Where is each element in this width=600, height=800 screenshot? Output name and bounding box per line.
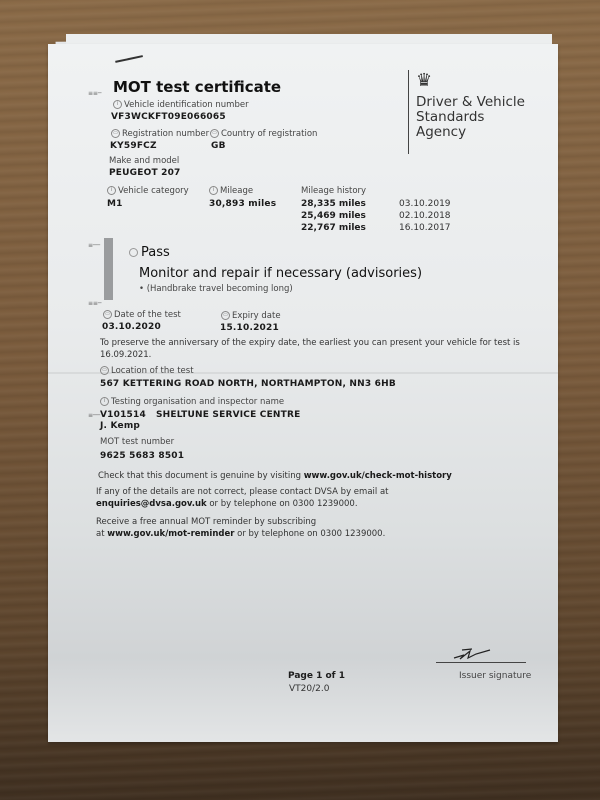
page-number: Page 1 of 1 bbox=[288, 671, 345, 681]
flag-icon: ▭ bbox=[210, 129, 219, 138]
category-label: iVehicle category bbox=[107, 186, 189, 196]
preserve-date: 16.09.2021. bbox=[100, 350, 151, 360]
royal-crest-icon: ♛ bbox=[416, 70, 438, 92]
margin-marks: ≡ ≡ ─ bbox=[88, 300, 100, 307]
test-date-label: ▭Date of the test bbox=[103, 310, 181, 320]
mileage-value: 30,893 miles bbox=[209, 199, 276, 209]
make-model-value: PEUGEOT 207 bbox=[109, 168, 181, 178]
testing-org-label: iTesting organisation and inspector name bbox=[100, 397, 284, 407]
mileage-label: iMileage bbox=[209, 186, 253, 196]
margin-marks: ≡ ─ ─ bbox=[88, 242, 99, 249]
preserve-note: To preserve the anniversary of the expir… bbox=[100, 338, 520, 348]
document-title: MOT test certificate bbox=[113, 78, 281, 96]
form-code: VT20/2.0 bbox=[289, 684, 329, 694]
car-icon: ▭ bbox=[111, 129, 120, 138]
calendar-icon: ▭ bbox=[221, 311, 230, 320]
result-bar bbox=[104, 238, 113, 300]
mileage-history-row: 28,335 miles03.10.2019 bbox=[301, 199, 451, 209]
contact-email-link[interactable]: enquiries@dvsa.gov.uk bbox=[96, 499, 207, 509]
signature-line bbox=[436, 662, 526, 663]
country-label: ▭Country of registration bbox=[210, 129, 317, 139]
check-genuine-note: Check that this document is genuine by v… bbox=[98, 471, 452, 481]
advisory-item: • (Handbrake travel becoming long) bbox=[139, 284, 293, 294]
info-icon: i bbox=[100, 397, 109, 406]
reminder-note-line2: at www.gov.uk/mot-reminder or by telepho… bbox=[96, 529, 385, 539]
mot-reminder-link[interactable]: www.gov.uk/mot-reminder bbox=[107, 529, 234, 539]
contact-note-line1: If any of the details are not correct, p… bbox=[96, 487, 389, 497]
reminder-note-line1: Receive a free annual MOT reminder by su… bbox=[96, 517, 316, 527]
logo-divider bbox=[408, 70, 409, 154]
expiry-value: 15.10.2021 bbox=[220, 323, 279, 333]
mileage-history-label: Mileage history bbox=[301, 186, 366, 196]
vin-value: VF3WCKFT09E066065 bbox=[111, 112, 226, 122]
calendar-icon: ▭ bbox=[103, 310, 112, 319]
issuer-signature bbox=[452, 646, 492, 662]
info-icon: i bbox=[113, 100, 122, 109]
registration-label: ▭Registration number bbox=[111, 129, 209, 139]
testing-org-value: V101514 SHELTUNE SERVICE CENTRE bbox=[100, 410, 300, 420]
check-mot-history-link[interactable]: www.gov.uk/check-mot-history bbox=[304, 471, 452, 481]
contact-note-line2: enquiries@dvsa.gov.uk or by telephone on… bbox=[96, 499, 358, 509]
location-label: ▭Location of the test bbox=[100, 366, 194, 376]
issuer-signature-label: Issuer signature bbox=[459, 671, 531, 681]
registration-value: KY59FCZ bbox=[110, 141, 157, 151]
category-value: M1 bbox=[107, 199, 123, 209]
info-icon: i bbox=[107, 186, 116, 195]
margin-marks: ≡ ≡ ─ bbox=[88, 90, 100, 97]
test-number-value: 9625 5683 8501 bbox=[100, 451, 184, 461]
pen-mark bbox=[115, 55, 143, 62]
make-model-label: Make and model bbox=[109, 156, 179, 166]
location-icon: ▭ bbox=[100, 366, 109, 375]
mileage-history-row: 22,767 miles16.10.2017 bbox=[301, 223, 451, 233]
result-status: Pass bbox=[129, 245, 170, 260]
info-icon bbox=[129, 248, 138, 257]
location-value: 567 KETTERING ROAD NORTH, NORTHAMPTON, N… bbox=[100, 379, 396, 389]
inspector-name: J. Kemp bbox=[100, 421, 140, 431]
agency-name: Driver & Vehicle Standards Agency bbox=[416, 95, 556, 140]
certificate-content: ≡ ≡ ─ ≡ ─ ─ ≡ ≡ ─ ≡ ─ ─ MOT test certifi… bbox=[0, 0, 600, 800]
mileage-history-row: 25,469 miles02.10.2018 bbox=[301, 211, 451, 221]
margin-marks: ≡ ─ ─ bbox=[88, 412, 99, 419]
odometer-icon: i bbox=[209, 186, 218, 195]
test-number-label: MOT test number bbox=[100, 437, 174, 447]
advisories-heading: Monitor and repair if necessary (advisor… bbox=[139, 266, 422, 281]
expiry-label: ▭Expiry date bbox=[221, 311, 281, 321]
country-value: GB bbox=[211, 141, 226, 151]
test-date-value: 03.10.2020 bbox=[102, 322, 161, 332]
vin-label: iVehicle identification number bbox=[113, 100, 249, 110]
